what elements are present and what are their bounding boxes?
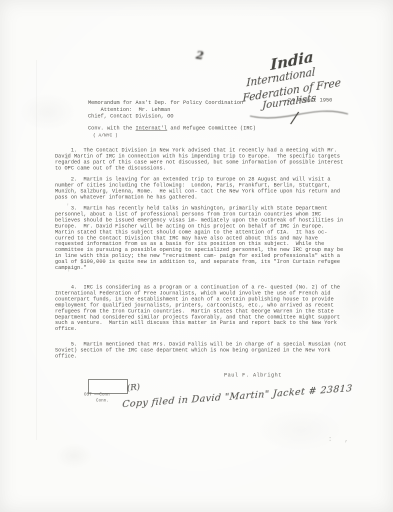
subject-routing-note: ( A/NYC ) [93, 133, 153, 139]
scanned-memo-page: 2 India International Federation of Free… [0, 0, 393, 512]
typed-signature-wrap: Paul F. Albright [224, 373, 393, 385]
subject-prefix: Conv. with the [88, 126, 136, 132]
addressee-block: Memorandum for Ass't Dep. for Policy Coo… [88, 100, 298, 120]
scan-artifact-tick-2: | [66, 184, 70, 191]
subject-line: Conv. with the Internat'l and Refugee Co… [88, 126, 318, 132]
subject-routing-wrap: ( A/NYC ) [93, 133, 213, 145]
page-number-mark: 2 [195, 49, 204, 63]
subject-underlined: Internat'l [136, 126, 168, 132]
paragraph-5: 5. Martin mentioned that Mrs. David Fall… [55, 342, 347, 360]
filing-note: Copy filed in David "Martin" Jacket # 23… [122, 385, 332, 411]
scan-fold-line [36, 60, 37, 440]
scan-artifact-dots: : , [328, 436, 353, 444]
paragraph-2: 2. Martin is leaving for an extended tri… [55, 177, 347, 201]
stamp-side-mark: (R) [127, 382, 141, 393]
paragraph-4: 4. IRC is considering as a program or a … [55, 285, 347, 333]
scan-artifact-tick-4: | [67, 265, 71, 272]
scan-artifact-tick-1: 1 [65, 154, 69, 161]
paragraph-3: 3. Martin has recently held talks in Was… [55, 206, 347, 271]
paragraph-1: 1. The Contact Division in New York advi… [55, 148, 347, 172]
typed-signature: Paul F. Albright [224, 373, 324, 379]
scan-artifact-tick-3: ' [66, 203, 70, 210]
subject-suffix: and Refugee Committee (IRC) [167, 126, 256, 132]
